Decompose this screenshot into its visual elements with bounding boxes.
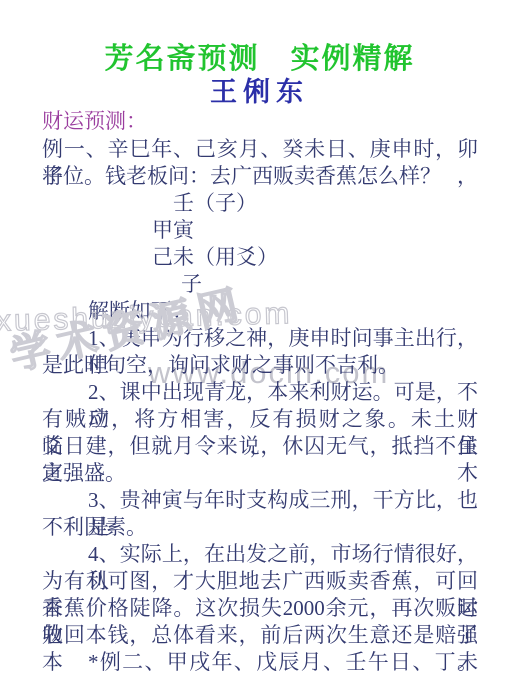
body-line: 有贼动，将方相害，反有损财之象。未土财爻，虽 xyxy=(42,406,478,433)
body-line: 2、课中出现青龙，本来利财运。可是，不应 xyxy=(42,379,478,406)
body-line: 1、庚申为行移之神，庚申时问事主出行，但 xyxy=(42,325,478,352)
body-line: 己未（用爻） xyxy=(42,244,478,271)
document-page: 芳名斋预测 实例精解 王俐东 财运预测： 例一、辛巳年、己亥月、癸未日、庚申时，… xyxy=(0,0,519,674)
author-name: 王俐东 xyxy=(0,70,519,109)
body-line: 香蕉价格陡降。这次损失2000余元，再次贩运勉强 xyxy=(42,595,478,622)
body-line: 3、贵神寅与年时支构成三刑，干方比，也是 xyxy=(42,487,478,514)
body-line: 为有利可图，才大胆地去广西贩卖香蕉，可回来时 xyxy=(42,568,478,595)
body-line: 解断如下： xyxy=(42,298,478,325)
body-line: 不利因素。 xyxy=(42,514,478,541)
body-line: 子 xyxy=(42,271,478,298)
body-text: 例一、辛巳年、己亥月、癸未日、庚申时，卯将， 子位。钱老板问：去广西贩卖香蕉怎么… xyxy=(42,136,478,674)
body-line: 例一、辛巳年、己亥月、癸未日、庚申时，卯将， xyxy=(42,136,478,163)
body-line: 4、实际上，在出发之前，市场行情很好，认 xyxy=(42,541,478,568)
body-line: 收回本钱，总体看来，前后两次生意还是赔了本。 xyxy=(42,622,478,649)
section-label: 财运预测： xyxy=(42,105,147,135)
body-line: 甲寅 xyxy=(42,217,478,244)
body-line: 临日建，但就月令来说，休囚无气，抵挡不住寅木 xyxy=(42,433,478,460)
body-line: *例二、甲戌年、戊辰月、壬午日、丁未时， xyxy=(42,649,478,674)
body-line: 壬（子） xyxy=(42,190,478,217)
body-line: 子位。钱老板问：去广西贩卖香蕉怎么样？ xyxy=(42,163,478,190)
body-line: 是此时旬空，询问求财之事则不吉利。 xyxy=(42,352,478,379)
